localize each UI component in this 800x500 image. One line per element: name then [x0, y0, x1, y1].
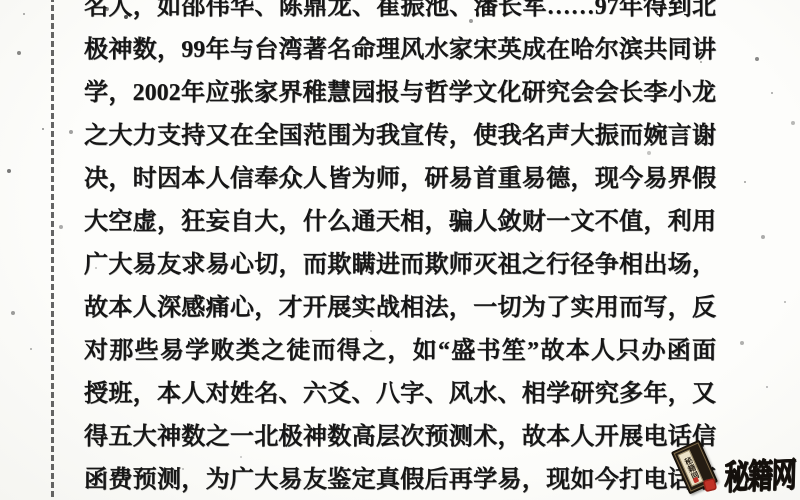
text-line: 函费预测，为广大易友鉴定真假后再学易，现如今打电话不	[84, 459, 716, 500]
text-line: 之大力支持又在全国范围为我宣传，使我名声大振而婉言谢	[84, 115, 716, 158]
text-line: 极神数，99年与台湾著名命理风水家宋英成在哈尔滨共同讲	[84, 29, 716, 72]
text-line: 大空虚，狂妄自大，什么通天相，骗人敛财一文不值，利用	[84, 201, 716, 244]
text-line: 名人，如邵伟华、陈鼎龙、崔振池、潘长军……97年得到北	[84, 0, 716, 29]
text-line: 决，时因本人信奉众人皆为师，研易首重易德，现今易界假	[84, 158, 716, 201]
scan-noise-specks	[0, 0, 2, 2]
text-line: 广大易友求易心切，而欺瞒进而欺师灭祖之行径争相出场，	[84, 244, 716, 287]
watermark-site-name: 秘籍网	[723, 447, 795, 499]
text-line: 故本人深感痛心，才开展实战相法，一切为了实用而写，反	[84, 287, 716, 330]
text-line: 得五大神数之一北极神数高层次预测术，故本人开展电话信	[84, 416, 716, 459]
binding-dashed-line	[51, 0, 54, 500]
body-text-block: 名人，如邵伟华、陈鼎龙、崔振池、潘长军……97年得到北 极神数，99年与台湾著名…	[84, 0, 716, 500]
text-line: 对那些易学败类之徒而得之，如“盛书笙”故本人只办函面	[84, 330, 716, 373]
scanned-document-page: 名人，如邵伟华、陈鼎龙、崔振池、潘长军……97年得到北 极神数，99年与台湾著名…	[0, 0, 800, 500]
text-line: 学，2002年应张家界稚慧园报与哲学文化研究会会长李小龙	[84, 72, 716, 115]
text-line: 授班，本人对姓名、六爻、八字、风水、相学研究多年，又	[84, 373, 716, 416]
